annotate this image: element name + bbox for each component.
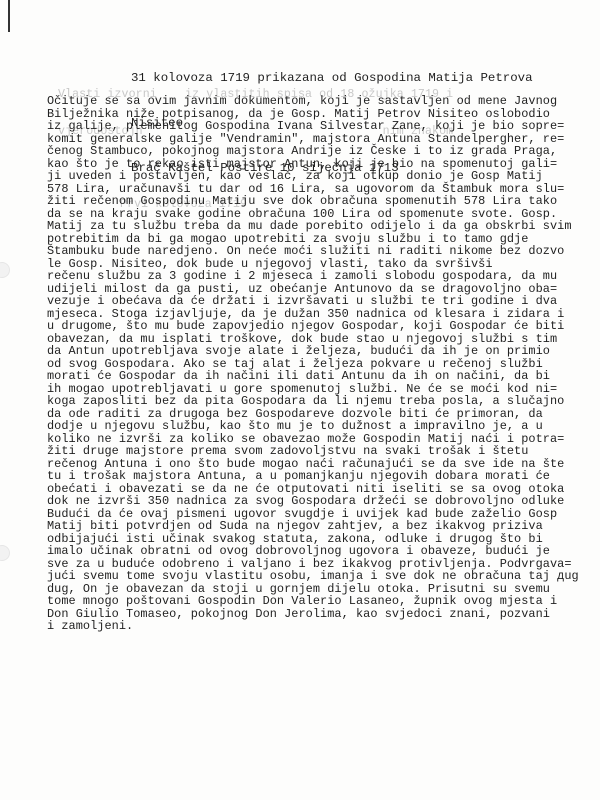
body-line: Štambuku bude naredjeno. On neće moći sl… <box>47 245 579 258</box>
body-line: koga zaposliti bez da pita Gospodara da … <box>47 395 579 408</box>
body-line: jući svemu tome svoju vlastitu osobu, im… <box>47 570 579 583</box>
body-line: imalo učinak obratni od ovog dobrovoljno… <box>47 545 579 558</box>
body-line: čenog Stambuco, pokojnog majstora Andrij… <box>47 145 579 158</box>
body-line: žiti druge majstore prema svom zadovoljs… <box>47 445 579 458</box>
body-line: tome mnogo poštovani Gospodin Don Valeri… <box>47 595 579 608</box>
body-line: vezuje i obećava da će držati i izvršava… <box>47 295 579 308</box>
body-line: tu i trošak majstora Antuna, a u pomanjk… <box>47 470 579 483</box>
body-line: ji uveden i postavljen, kao veslač, za k… <box>47 170 579 183</box>
body-line: Matij biti potvrdjen od Suda na njegov z… <box>47 520 579 533</box>
body-line: dok ne izvrši 350 nadnica za svog Gospod… <box>47 495 579 508</box>
heading-line: 31 kolovoza 1719 prikazana od Gospodina … <box>131 71 533 86</box>
body-line: žiti rečenom Gospodinu Matiju sve dok ob… <box>47 195 579 208</box>
scan-edge-mark <box>8 0 10 32</box>
binder-hole <box>0 262 10 278</box>
body-line: dodje u njegovu službu, kao što mu je to… <box>47 420 579 433</box>
body-line: Matij za tu službu treba da mu dade pore… <box>47 220 579 233</box>
body-line: rečenu službu za 3 godine i 2 mjeseca i … <box>47 270 579 283</box>
document-body: Očituje se sa ovim javnim dokumentom, ko… <box>47 95 579 633</box>
binder-hole <box>0 545 10 561</box>
body-line: da Antun upotrebljava svoje alate i želj… <box>47 345 579 358</box>
document-page: Vlasti izvorni iz vlastitih spisa od 18 … <box>0 0 600 800</box>
body-line: morati će Gospodar da ih načini ili dati… <box>47 370 579 383</box>
body-line: i zamoljeni. <box>47 620 579 633</box>
body-line: u drugome, što mu bude zapovjedio njegov… <box>47 320 579 333</box>
body-line: iz galije, plemenitog Gospodina Ivana Si… <box>47 120 579 133</box>
body-line: Očituje se sa ovim javnim dokumentom, ko… <box>47 95 579 108</box>
